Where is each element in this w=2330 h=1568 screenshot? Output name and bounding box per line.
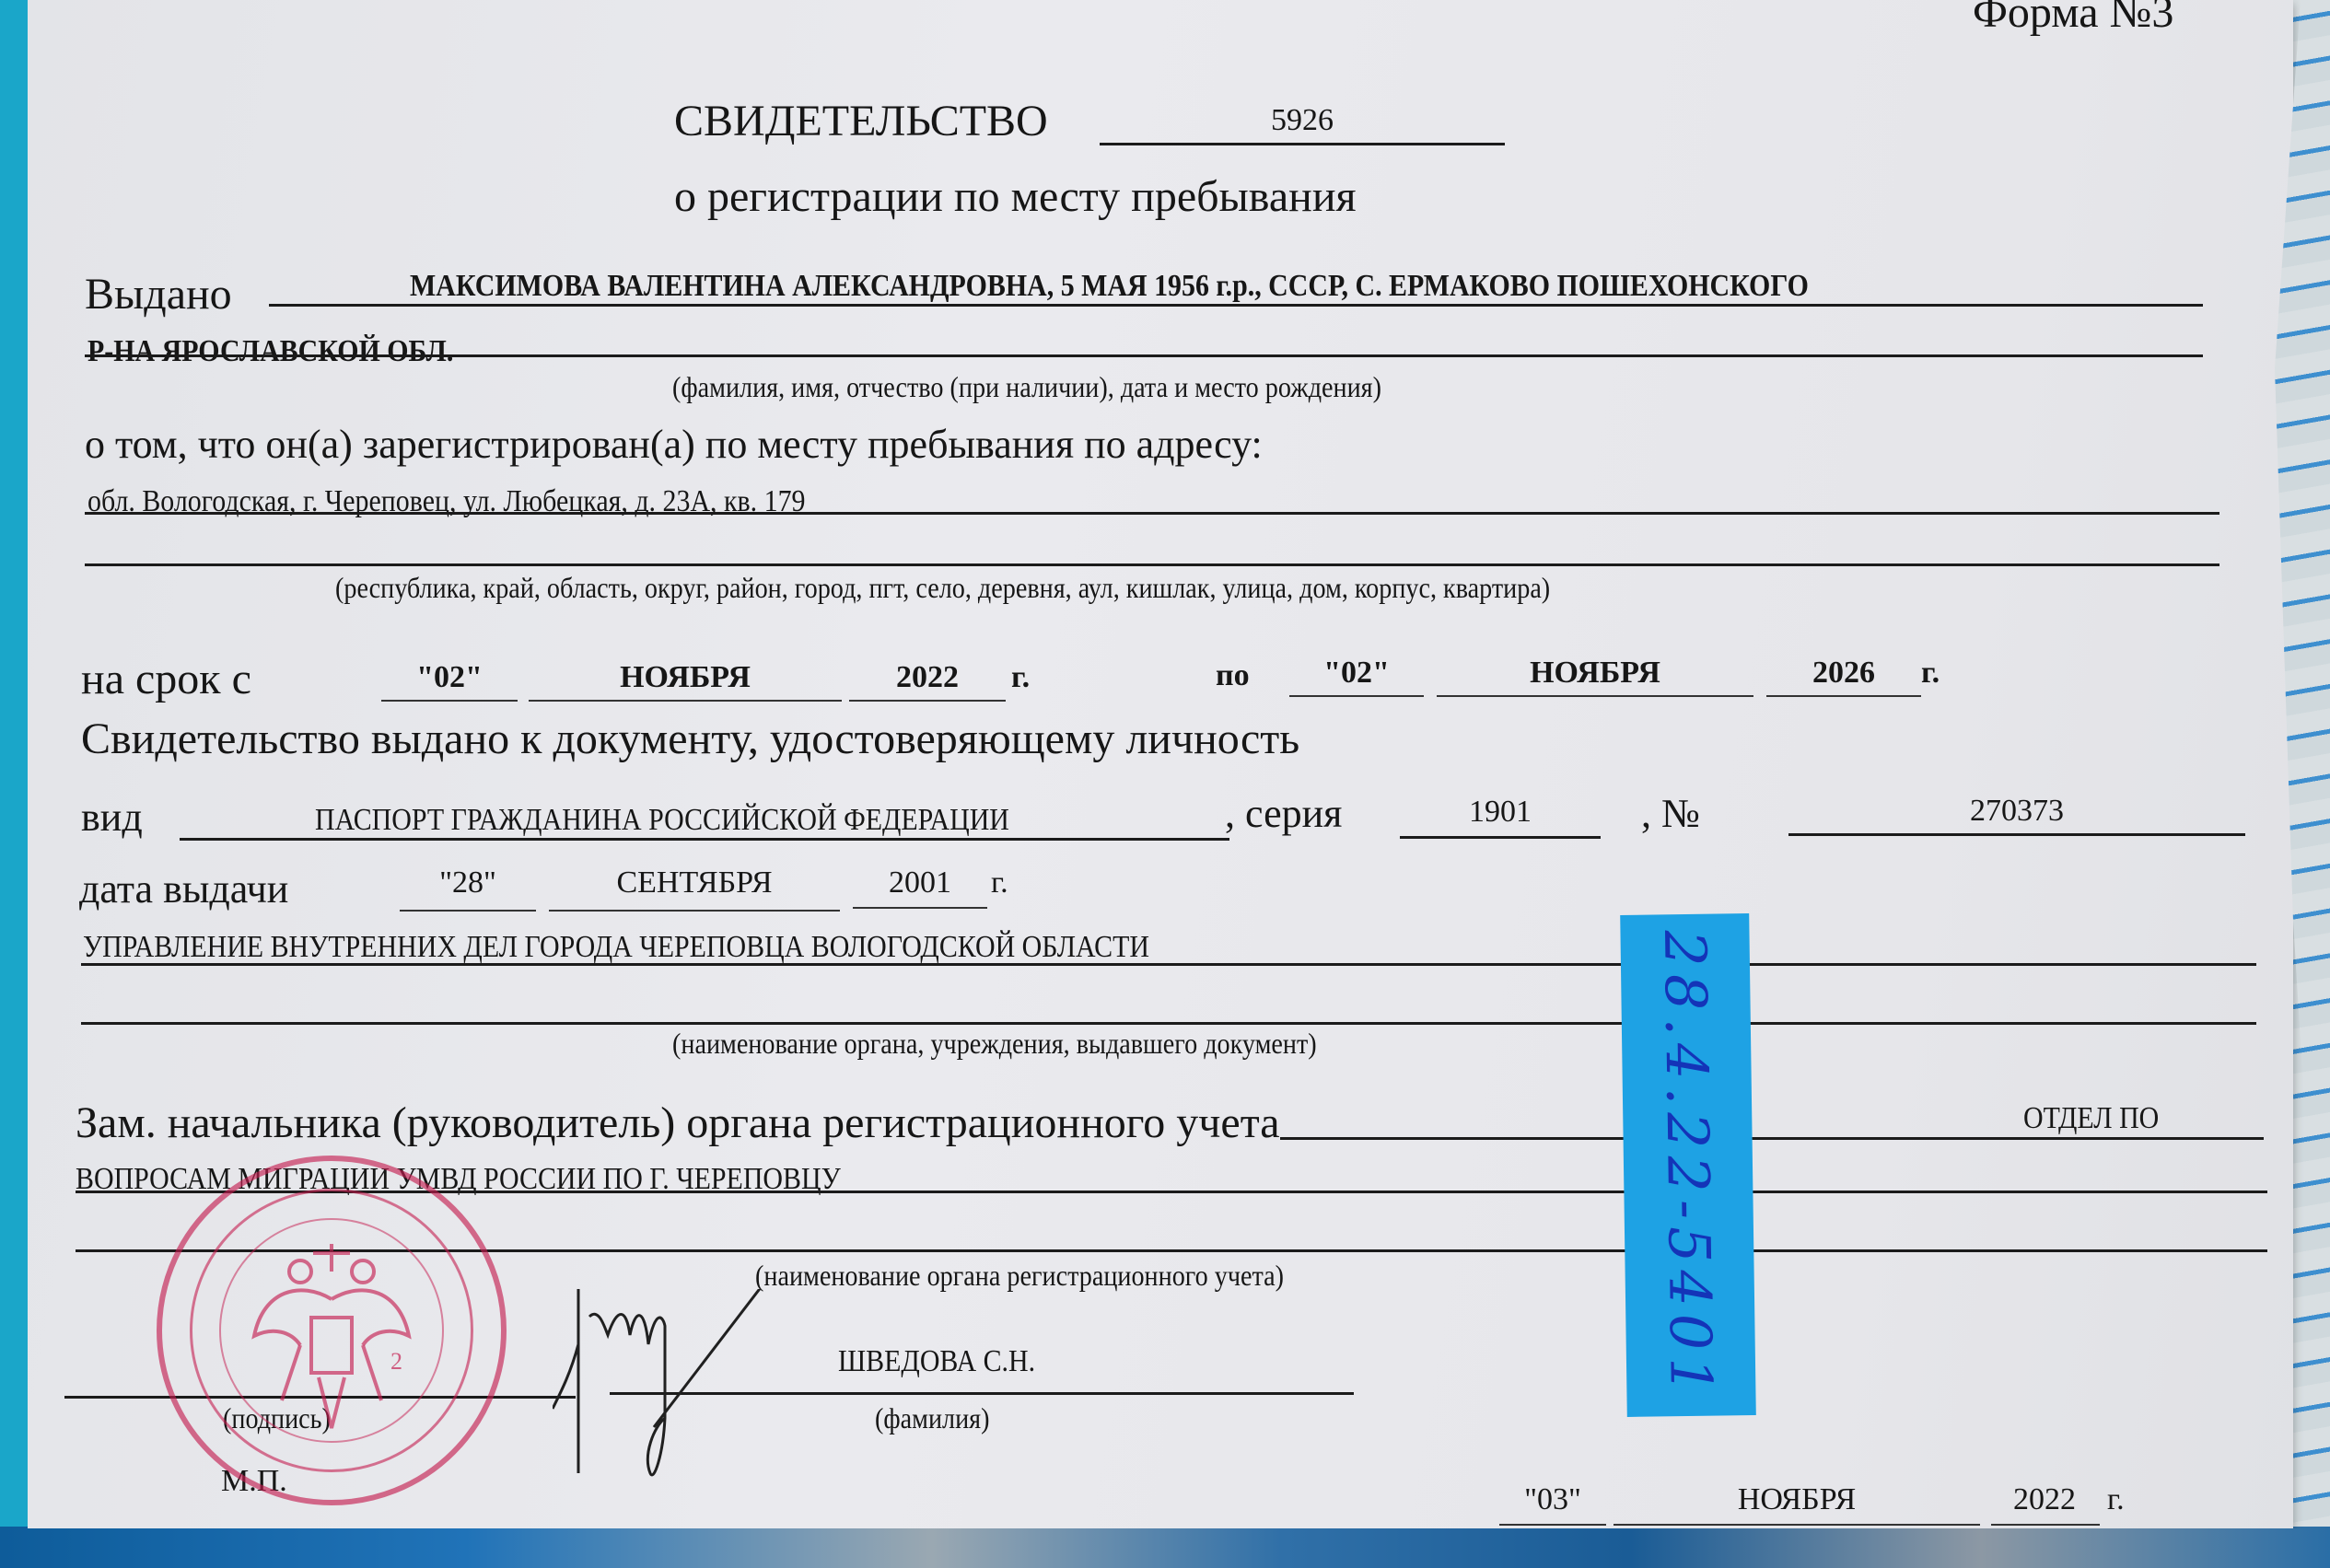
certificate-number-underline xyxy=(1100,143,1505,145)
doc-issuer-underline-2 xyxy=(81,1022,2256,1025)
issued-to-hint: (фамилия, имя, отчество (при наличии), д… xyxy=(672,370,1478,404)
issue-month: НОЯБРЯ xyxy=(1614,1482,1980,1517)
background-bottom-edge xyxy=(0,1527,2330,1568)
issue-year: 2022 xyxy=(1989,1482,2100,1517)
term-to-label: по xyxy=(1216,658,1250,693)
surname-hint: (фамилия) xyxy=(875,1401,1005,1435)
issued-to-value-line1: МАКСИМОВА ВАЛЕНТИНА АЛЕКСАНДРОВНА, 5 МАЯ… xyxy=(410,269,1999,304)
certificate-number: 5926 xyxy=(1100,103,1505,138)
doc-number-underline xyxy=(1788,833,2245,836)
doc-issue-year-suffix: г. xyxy=(991,865,1008,900)
term-from-day: "02" xyxy=(381,660,518,695)
doc-type-value: ПАСПОРТ ГРАЖДАНИНА РОССИЙСКОЙ ФЕДЕРАЦИИ xyxy=(315,803,1104,838)
doc-number-value: 270373 xyxy=(1788,794,2245,829)
term-to-year-underline xyxy=(1766,695,1921,697)
registration-authority-value-part1: ОТДЕЛ ПО xyxy=(2023,1101,2177,1136)
doc-issuer-hint: (наименование органа, учреждения, выдавш… xyxy=(672,1027,1404,1061)
term-from-year-underline xyxy=(849,700,1006,702)
identity-doc-intro: Свидетельство выдано к документу, удосто… xyxy=(81,714,1299,764)
doc-issue-day: "28" xyxy=(400,865,536,900)
term-to-year: 2026 xyxy=(1766,656,1921,691)
certificate-title: СВИДЕТЕЛЬСТВО xyxy=(674,96,1048,146)
doc-issue-month: СЕНТЯБРЯ xyxy=(549,865,840,900)
handwritten-signature xyxy=(553,1289,792,1501)
issued-to-value-line2: Р-НА ЯРОСЛАВСКОЙ ОБЛ. xyxy=(87,334,504,369)
term-from-year: 2022 xyxy=(849,660,1006,695)
registration-authority-label: Зам. начальника (руководитель) органа ре… xyxy=(76,1098,1280,1148)
issue-year-underline xyxy=(1991,1524,2100,1526)
doc-type-label: вид xyxy=(81,794,143,841)
background-left-edge xyxy=(0,0,28,1568)
svg-text:2: 2 xyxy=(390,1348,402,1375)
issue-year-suffix: г. xyxy=(2107,1482,2125,1517)
term-to-day: "02" xyxy=(1289,656,1424,691)
address-underline-1 xyxy=(85,512,2219,515)
doc-series-underline xyxy=(1400,836,1601,839)
term-from-label: на срок с xyxy=(81,654,251,704)
issue-day-underline xyxy=(1499,1524,1606,1526)
term-to-month: НОЯБРЯ xyxy=(1437,656,1753,691)
doc-issue-year: 2001 xyxy=(853,865,987,900)
issue-month-underline xyxy=(1614,1524,1980,1526)
double-headed-eagle-icon: 2 xyxy=(162,1161,501,1500)
certificate-paper: Форма №3 СВИДЕТЕЛЬСТВО 5926 о регистраци… xyxy=(28,0,2293,1528)
doc-issue-year-underline xyxy=(853,907,987,909)
issued-to-label: Выдано xyxy=(85,269,232,319)
sticker-handwritten-number: 28.4.22-5401 xyxy=(1651,929,1725,1400)
registration-authority-hint: (наименование органа регистрационного уч… xyxy=(755,1259,1356,1293)
term-to-day-underline xyxy=(1289,695,1424,697)
doc-series-value: 1901 xyxy=(1400,795,1601,830)
issued-to-underline-2 xyxy=(85,354,2203,357)
address-underline-2 xyxy=(85,563,2219,566)
form-number-label: Форма №3 xyxy=(1973,0,2173,38)
doc-issuer-underline-1 xyxy=(81,963,2256,966)
term-from-month-underline xyxy=(529,700,842,702)
term-to-year-suffix: г. xyxy=(1921,656,1940,691)
term-from-year-suffix: г. xyxy=(1011,660,1030,695)
surname-value: ШВЕДОВА С.Н. xyxy=(838,1344,1062,1379)
issued-to-underline-1 xyxy=(269,304,2203,307)
term-from-day-underline xyxy=(381,700,518,702)
official-seal-stamp: 2 xyxy=(157,1156,507,1505)
doc-type-underline xyxy=(180,838,1229,841)
term-to-month-underline xyxy=(1437,695,1753,697)
certificate-subtitle: о регистрации по месту пребывания xyxy=(674,171,1357,222)
doc-series-label: , серия xyxy=(1225,790,1342,837)
term-from-month: НОЯБРЯ xyxy=(529,660,842,695)
address-label: о том, что он(а) зарегистрирован(а) по м… xyxy=(85,421,1263,468)
doc-number-label: , № xyxy=(1641,790,1700,837)
registration-authority-underline-1 xyxy=(1280,1137,2264,1140)
blue-sticker-label: 28.4.22-5401 xyxy=(1620,913,1756,1417)
issue-day: "03" xyxy=(1501,1482,1604,1517)
doc-issue-day-underline xyxy=(400,910,536,912)
issue-date-label: дата выдачи xyxy=(79,865,288,912)
address-hint: (республика, край, область, округ, район… xyxy=(335,571,1716,605)
doc-issue-month-underline xyxy=(549,910,840,912)
doc-issuer-value: УПРАВЛЕНИЕ ВНУТРЕННИХ ДЕЛ ГОРОДА ЧЕРЕПОВ… xyxy=(83,930,1295,965)
